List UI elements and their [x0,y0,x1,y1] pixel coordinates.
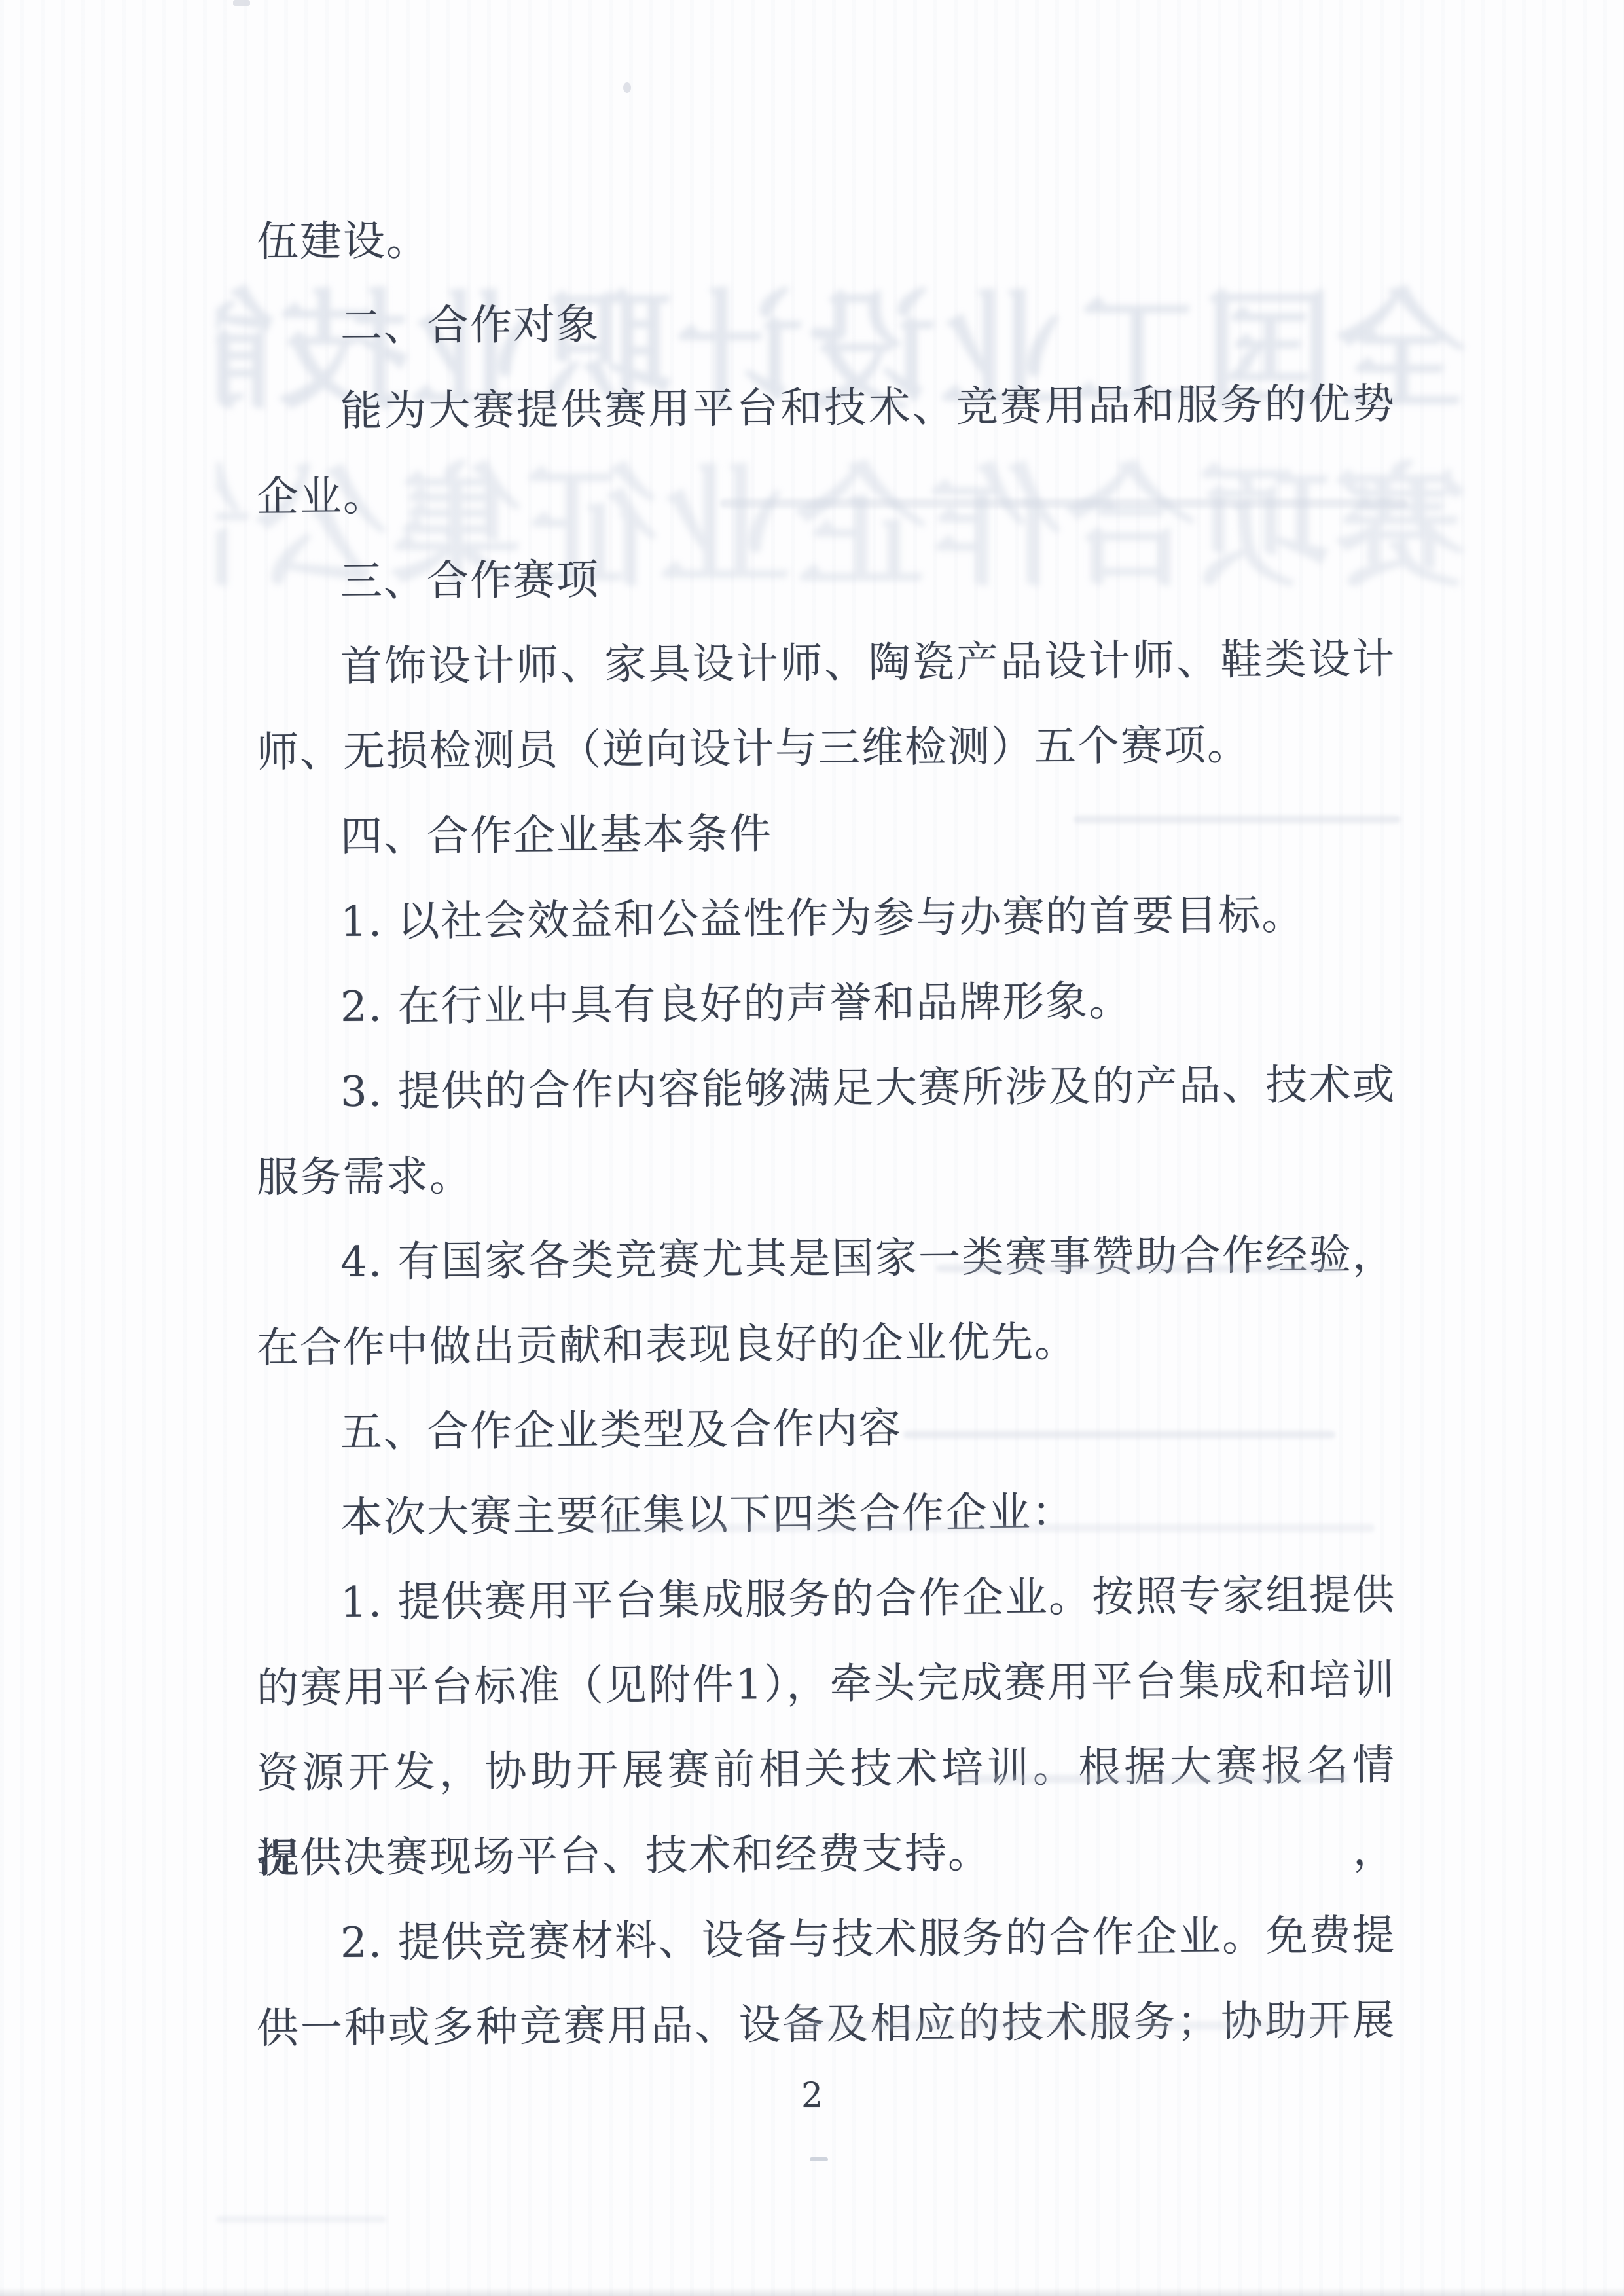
scan-artifact [956,1775,1348,1783]
section-heading: 三、合作赛项 [257,531,1396,625]
document-line: 提供决赛现场平台、技术和经费支持。 [257,1808,1396,1901]
document-line: 的赛用平台标准（见附件1），牵头完成赛用平台集成和培训 [257,1638,1396,1731]
document-line: 在合作中做出贡献和表现良好的企业优先。 [257,1297,1396,1391]
scan-artifact [785,2021,1348,2030]
section-heading: 四、合作企业基本条件 [257,787,1396,880]
document-body: 伍建设。 二、合作对象 能为大赛提供赛用平台和技术、竞赛用品和服务的优势 企业。… [257,200,1396,2072]
document-line: 资源开发，协助开展赛前相关技术培训。根据大赛报名情况， [257,1723,1396,1816]
scan-artifact [720,499,1407,508]
document-line: 服务需求。 [257,1127,1396,1221]
document-line: 首饰设计师、家具设计师、陶瓷产品设计师、鞋类设计 [257,617,1396,710]
scan-artifact [216,2216,386,2223]
scan-artifact [810,2157,828,2161]
list-item: 3. 提供的合作内容能够满足大赛所涉及的产品、技术或 [257,1042,1396,1136]
list-item: 2. 在行业中具有良好的声誉和品牌形象。 [257,957,1396,1050]
scan-artifact [936,1265,1342,1272]
list-item: 2. 提供竞赛材料、设备与技术服务的合作企业。免费提 [257,1893,1396,1986]
page-number: 2 [0,2076,1624,2115]
list-item: 1. 以社会效益和公益性作为参与办赛的首要目标。 [257,872,1396,965]
scanned-document-page: 全国工业设计职业技能大赛 赛项合作企业征集公告文本 伍建设。 二、合作对象 能为… [0,0,1624,2296]
scan-artifact [1074,816,1401,823]
document-line: 伍建设。 [257,191,1396,285]
list-item: 4. 有国家各类竞赛尤其是国家一类赛事赞助合作经验， [257,1212,1396,1306]
section-heading: 二、合作对象 [257,276,1396,370]
document-line: 能为大赛提供赛用平台和技术、竞赛用品和服务的优势 [257,361,1396,455]
document-line: 师、无损检测员（逆向设计与三维检测）五个赛项。 [257,702,1396,795]
scan-artifact [623,82,631,93]
scan-artifact [903,1431,1335,1439]
list-item: 1. 提供赛用平台集成服务的合作企业。按照专家组提供 [257,1552,1396,1646]
section-heading: 五、合作企业类型及合作内容 [257,1382,1396,1476]
document-line: 企业。 [257,446,1396,540]
document-line: 本次大赛主要征集以下四类合作企业： [257,1467,1396,1561]
scanner-edge-shadow [0,2287,1624,2296]
scan-artifact [233,0,250,6]
scan-artifact [589,1524,1375,1532]
